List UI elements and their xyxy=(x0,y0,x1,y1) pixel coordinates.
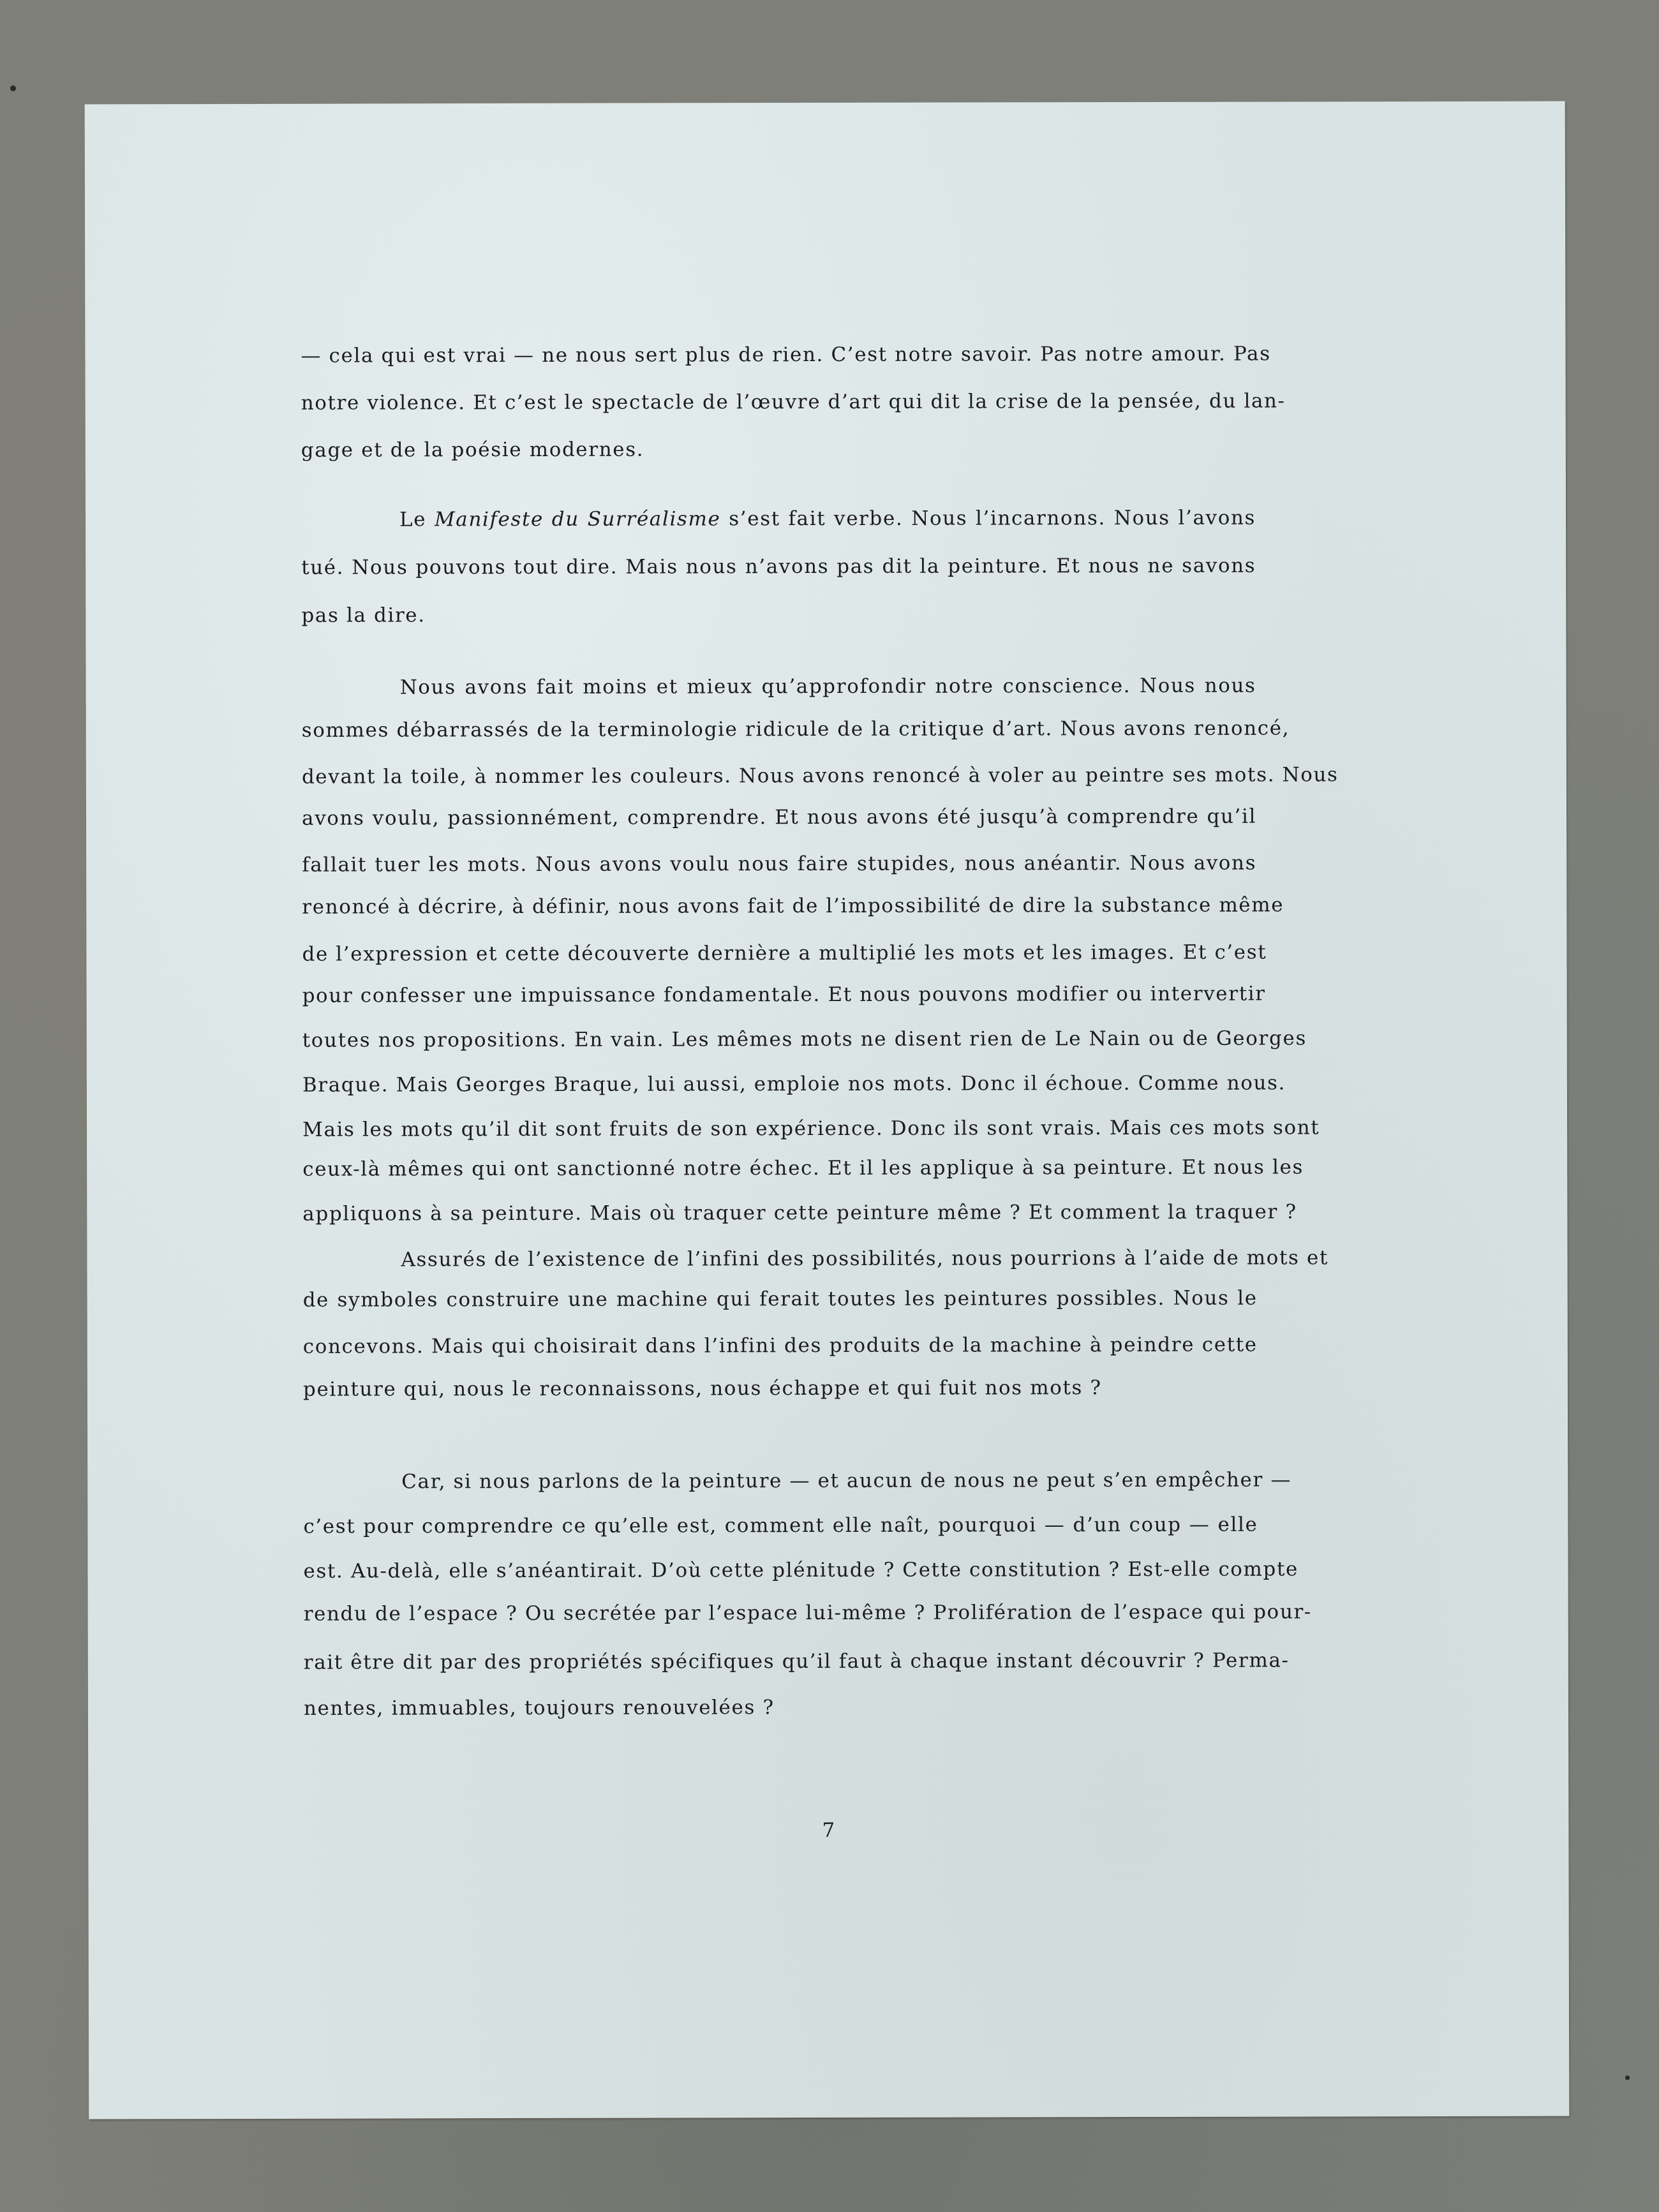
text-line: Braque. Mais Georges Braque, lui aussi, … xyxy=(302,1074,1257,1095)
text-line: fallait tuer les mots. Nous avons voulu … xyxy=(302,854,1256,875)
text-line: Assurés de l’existence de l’infini des p… xyxy=(401,1249,1257,1270)
text-line: — cela qui est vrai — ne nous sert plus … xyxy=(301,345,1255,366)
italic-title: Manifeste du Surréalisme xyxy=(435,507,720,531)
text-line: pour confesser une impuissance fondament… xyxy=(302,984,1257,1006)
text-line: est. Au-delà, elle s’anéantirait. D’où c… xyxy=(303,1560,1258,1582)
text-line: rait être dit par des propriétés spécifi… xyxy=(304,1651,1258,1673)
text-line: renoncé à décrire, à définir, nous avons… xyxy=(302,896,1256,917)
text-line: gage et de la poésie modernes. xyxy=(301,439,1256,461)
background-speck xyxy=(1625,2075,1630,2080)
background-speck xyxy=(10,85,16,91)
text-line: c’est pour comprendre ce qu’elle est, co… xyxy=(303,1515,1258,1537)
text-line: concevons. Mais qui choisirait dans l’in… xyxy=(303,1335,1258,1357)
text-line: appliquons à sa peinture. Mais où traque… xyxy=(302,1203,1257,1224)
text-line: Mais les mots qu’il dit sont fruits de s… xyxy=(302,1118,1257,1140)
text-line: rendu de l’espace ? Ou secrétée par l’es… xyxy=(304,1603,1258,1624)
page-number: 7 xyxy=(88,1818,1568,1844)
text-line: de l’expression et cette découverte dern… xyxy=(302,943,1256,965)
text-line: avons voulu, passionnément, comprendre. … xyxy=(302,807,1256,829)
text-line: toutes nos propositions. En vain. Les mê… xyxy=(302,1029,1257,1051)
text-line: peinture qui, nous le reconnaissons, nou… xyxy=(303,1378,1258,1400)
text-line: devant la toile, à nommer les couleurs. … xyxy=(302,766,1256,787)
text-line: sommes débarrassés de la terminologie ri… xyxy=(302,719,1256,741)
printed-page: — cela qui est vrai — ne nous sert plus … xyxy=(85,101,1570,2119)
text-line: notre violence. Et c’est le spectacle de… xyxy=(301,392,1256,413)
body-text: — cela qui est vrai — ne nous sert plus … xyxy=(85,101,1565,105)
text-line: Car, si nous parlons de la peinture — et… xyxy=(401,1471,1258,1492)
text-line: ceux-là mêmes qui ont sanctionné notre é… xyxy=(302,1158,1257,1180)
text-line: Le Manifeste du Surréalisme s’est fait v… xyxy=(399,508,1256,530)
text-line: de symboles construire une machine qui f… xyxy=(303,1289,1258,1310)
text-line: tué. Nous pouvons tout dire. Mais nous n… xyxy=(301,556,1256,578)
text-line: pas la dire. xyxy=(301,604,1256,626)
text-line: Nous avons fait moins et mieux qu’approf… xyxy=(400,676,1256,698)
text-line: nentes, immuables, toujours renouvelées … xyxy=(304,1697,1258,1719)
